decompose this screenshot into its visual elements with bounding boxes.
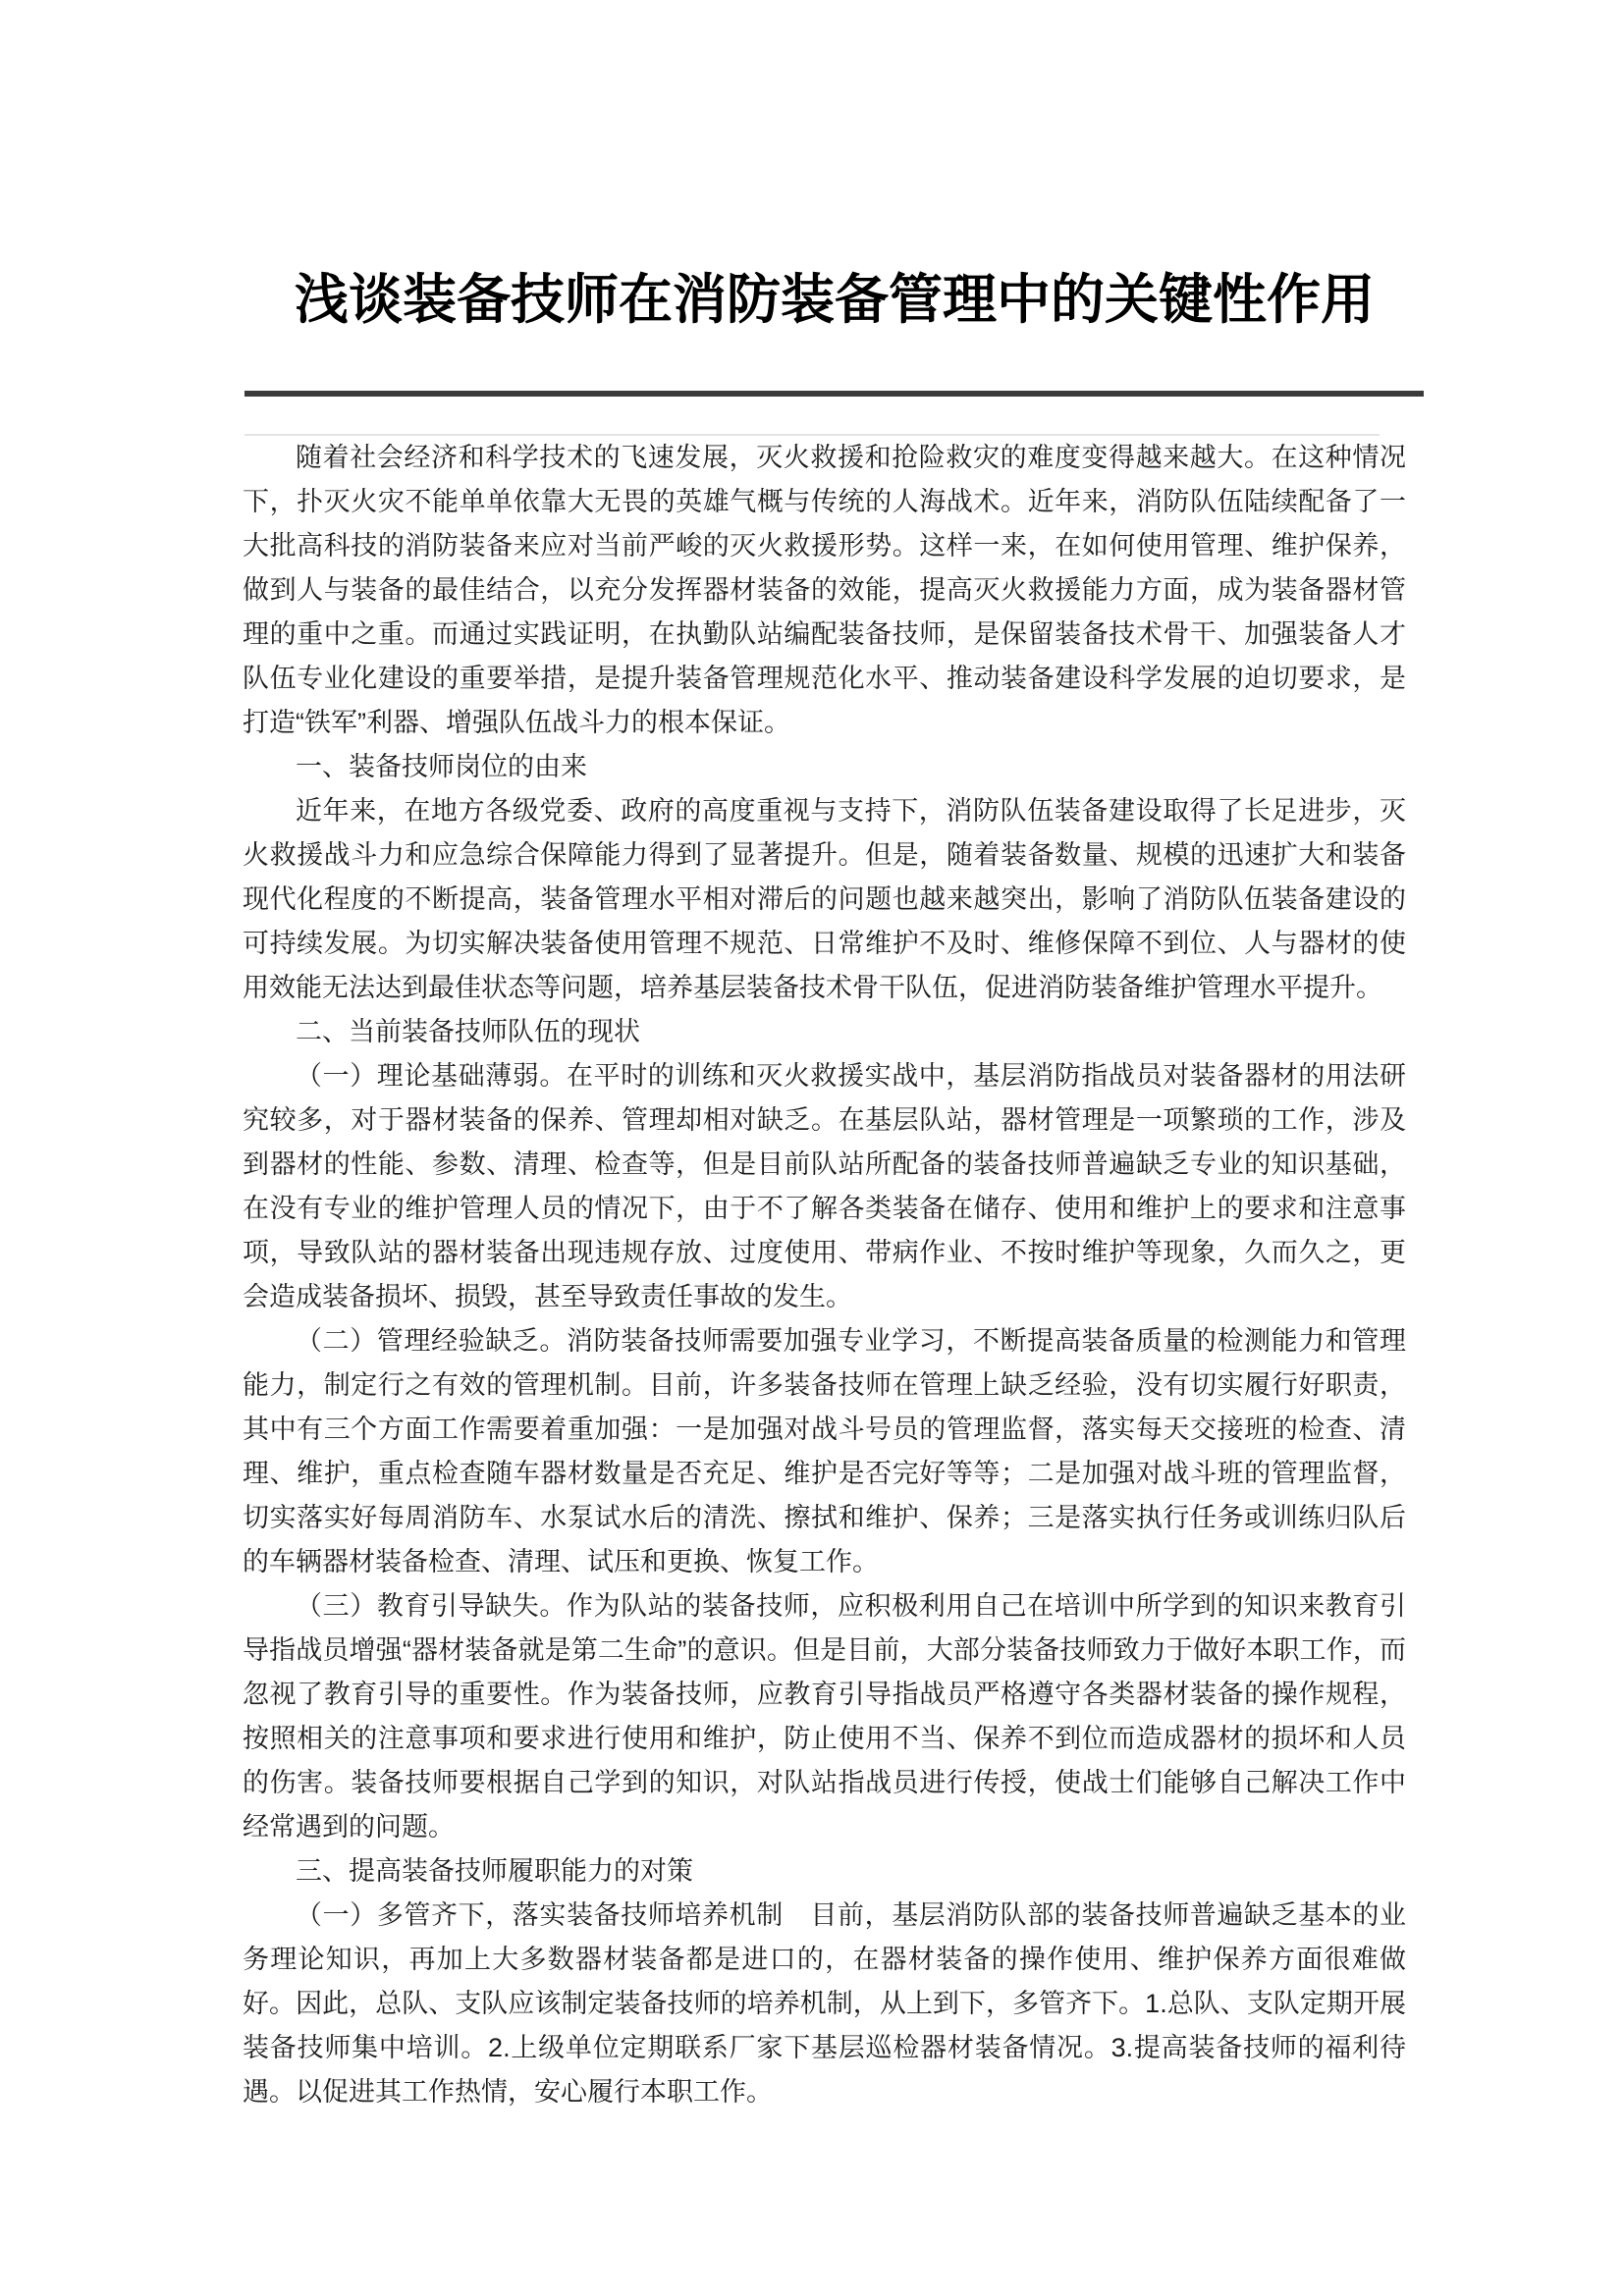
body-paragraph: 近年来，在地方各级党委、政府的高度重视与支持下，消防队伍装备建设取得了长足进步，… (243, 789, 1406, 1010)
section-heading: 一、装备技师岗位的由来 (243, 745, 1406, 789)
section-heading: 二、当前装备技师队伍的现状 (243, 1010, 1406, 1054)
title-underline-rule (244, 391, 1424, 397)
body-paragraph: （三）教育引导缺失。作为队站的装备技师，应积极利用自己在培训中所学到的知识来教育… (243, 1584, 1406, 1849)
body-paragraph: （一）理论基础薄弱。在平时的训练和灭火救援实战中，基层消防指战员对装备器材的用法… (243, 1054, 1406, 1319)
section-heading: 三、提高装备技师履职能力的对策 (243, 1849, 1406, 1894)
document-body: 随着社会经济和科学技术的飞速发展，灭火救援和抢险救灾的难度变得越来越大。在这种情… (243, 436, 1406, 2114)
body-paragraph: （二）管理经验缺乏。消防装备技师需要加强专业学习，不断提高装备质量的检测能力和管… (243, 1319, 1406, 1584)
document-title: 浅谈装备技师在消防装备管理中的关键性作用 (245, 265, 1424, 334)
document-page: 浅谈装备技师在消防装备管理中的关键性作用 随着社会经济和科学技术的飞速发展，灭火… (0, 0, 1624, 2296)
body-paragraph: 随着社会经济和科学技术的飞速发展，灭火救援和抢险救灾的难度变得越来越大。在这种情… (243, 436, 1406, 745)
body-paragraph: （一）多管齐下，落实装备技师培养机制 目前，基层消防队部的装备技师普遍缺乏基本的… (243, 1894, 1406, 2114)
